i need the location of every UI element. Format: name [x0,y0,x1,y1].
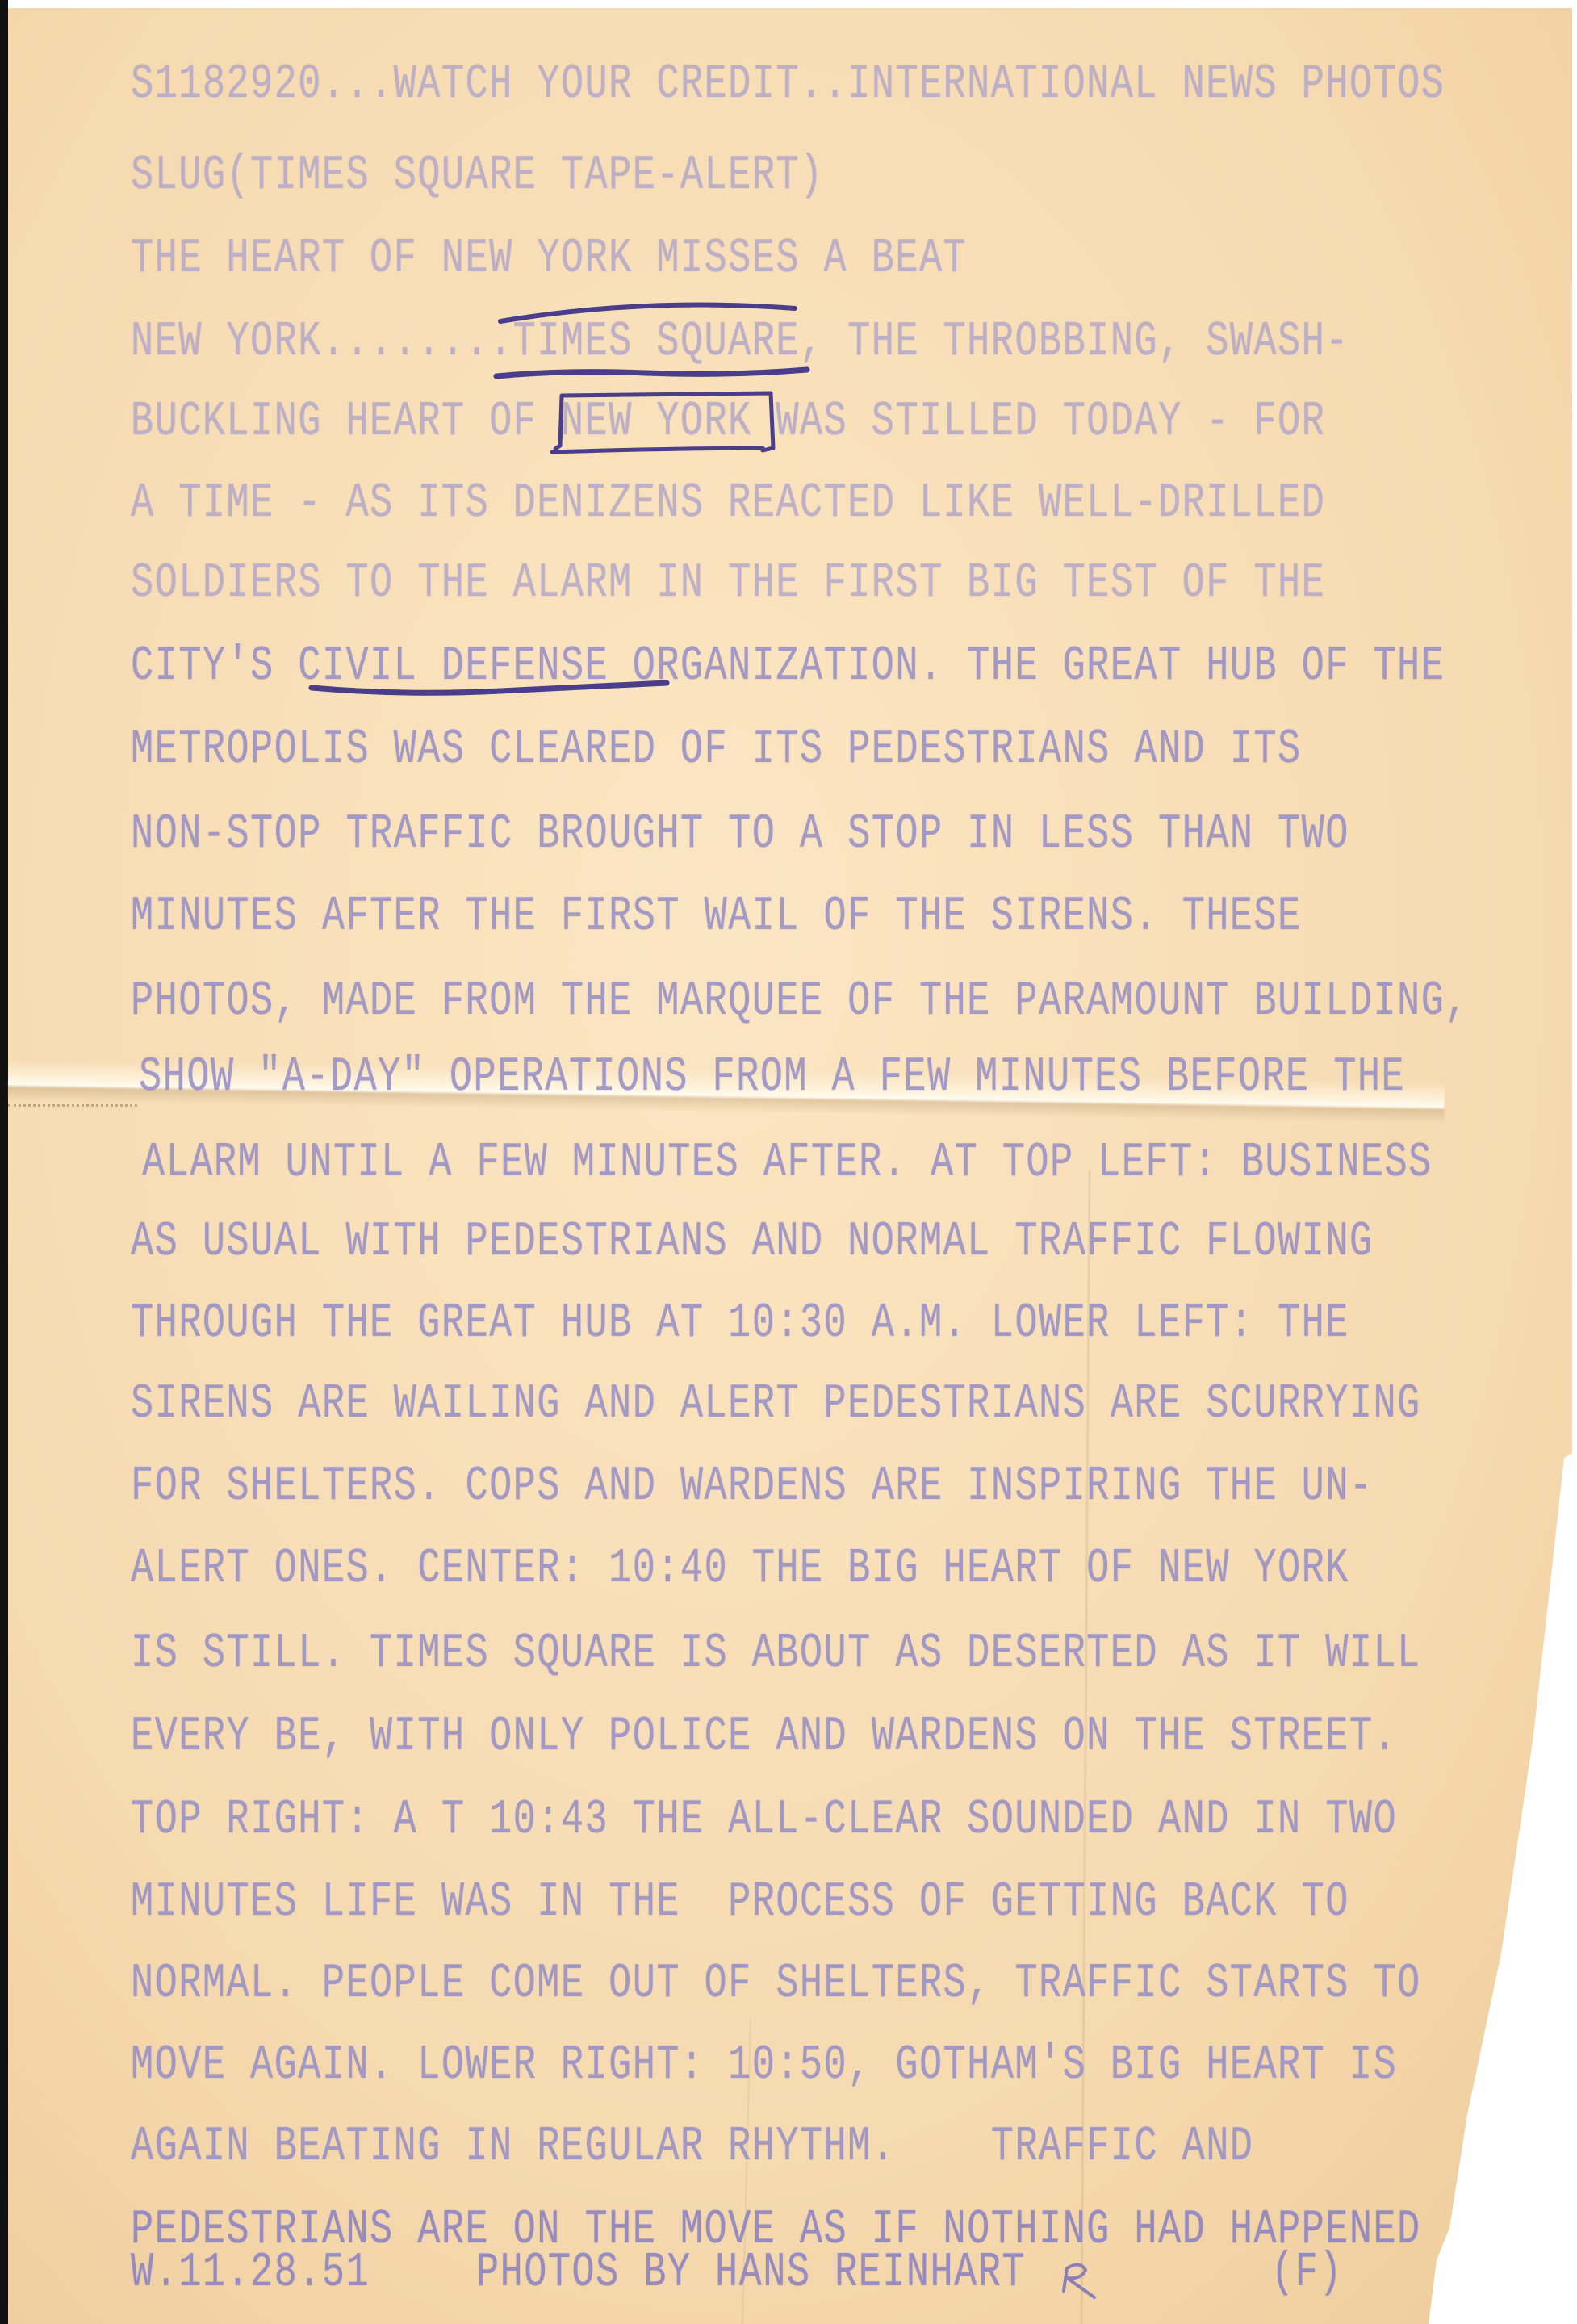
body-line: AGAIN BEATING IN REGULAR RHYTHM. TRAFFIC… [131,2123,1253,2171]
body-line: NEW YORK........TIMES SQUARE, THE THROBB… [131,318,1349,366]
body-line: IS STILL. TIMES SQUARE IS ABOUT AS DESER… [131,1630,1421,1678]
body-line: AS USUAL WITH PEDESTRIANS AND NORMAL TRA… [131,1218,1373,1267]
body-line: SHOW "A-DAY" OPERATIONS FROM A FEW MINUT… [139,1053,1405,1102]
body-line: MOVE AGAIN. LOWER RIGHT: 10:50, GOTHAM'S… [131,2041,1397,2090]
photo-credit: PHOTOS BY HANS REINHART [476,2249,1026,2297]
body-line: ALERT ONES. CENTER: 10:40 THE BIG HEART … [131,1545,1349,1593]
body-line: A TIME - AS ITS DENIZENS REACTED LIKE WE… [131,479,1325,528]
body-line: BUCKLING HEART OF NEW YORK WAS STILLED T… [131,398,1325,446]
headline: THE HEART OF NEW YORK MISSES A BEAT [131,235,967,283]
slug-line: SLUG(TIMES SQUARE TAPE-ALERT) [131,152,824,200]
body-line: FOR SHELTERS. COPS AND WARDENS ARE INSPI… [131,1463,1373,1511]
body-line: TOP RIGHT: A T 10:43 THE ALL-CLEAR SOUND… [131,1796,1397,1845]
body-line: MINUTES LIFE WAS IN THE PROCESS OF GETTI… [131,1878,1349,1927]
body-line: EVERY BE, WITH ONLY POLICE AND WARDENS O… [131,1713,1397,1761]
body-line: PHOTOS, MADE FROM THE MARQUEE OF THE PAR… [131,978,1469,1026]
body-line: CITY'S CIVIL DEFENSE ORGANIZATION. THE G… [131,643,1445,691]
body-line: THROUGH THE GREAT HUB AT 10:30 A.M. LOWE… [131,1300,1349,1348]
body-line: MINUTES AFTER THE FIRST WAIL OF THE SIRE… [131,893,1302,941]
body-line: NORMAL. PEOPLE COME OUT OF SHELTERS, TRA… [131,1960,1421,2008]
dateline: W.11.28.51 [131,2249,370,2297]
body-line: SOLDIERS TO THE ALARM IN THE FIRST BIG T… [131,559,1325,608]
code-mark: (F) [1271,2249,1343,2297]
caption-document: S1182920...WATCH YOUR CREDIT..INTERNATIO… [0,0,1577,2324]
body-line: NON-STOP TRAFFIC BROUGHT TO A STOP IN LE… [131,810,1349,859]
credit-line: S1182920...WATCH YOUR CREDIT..INTERNATIO… [131,61,1445,109]
body-line: ALARM UNTIL A FEW MINUTES AFTER. AT TOP … [142,1139,1433,1187]
body-line: SIRENS ARE WAILING AND ALERT PEDESTRIANS… [131,1380,1421,1429]
body-line: METROPOLIS WAS CLEARED OF ITS PEDESTRIAN… [131,726,1302,774]
